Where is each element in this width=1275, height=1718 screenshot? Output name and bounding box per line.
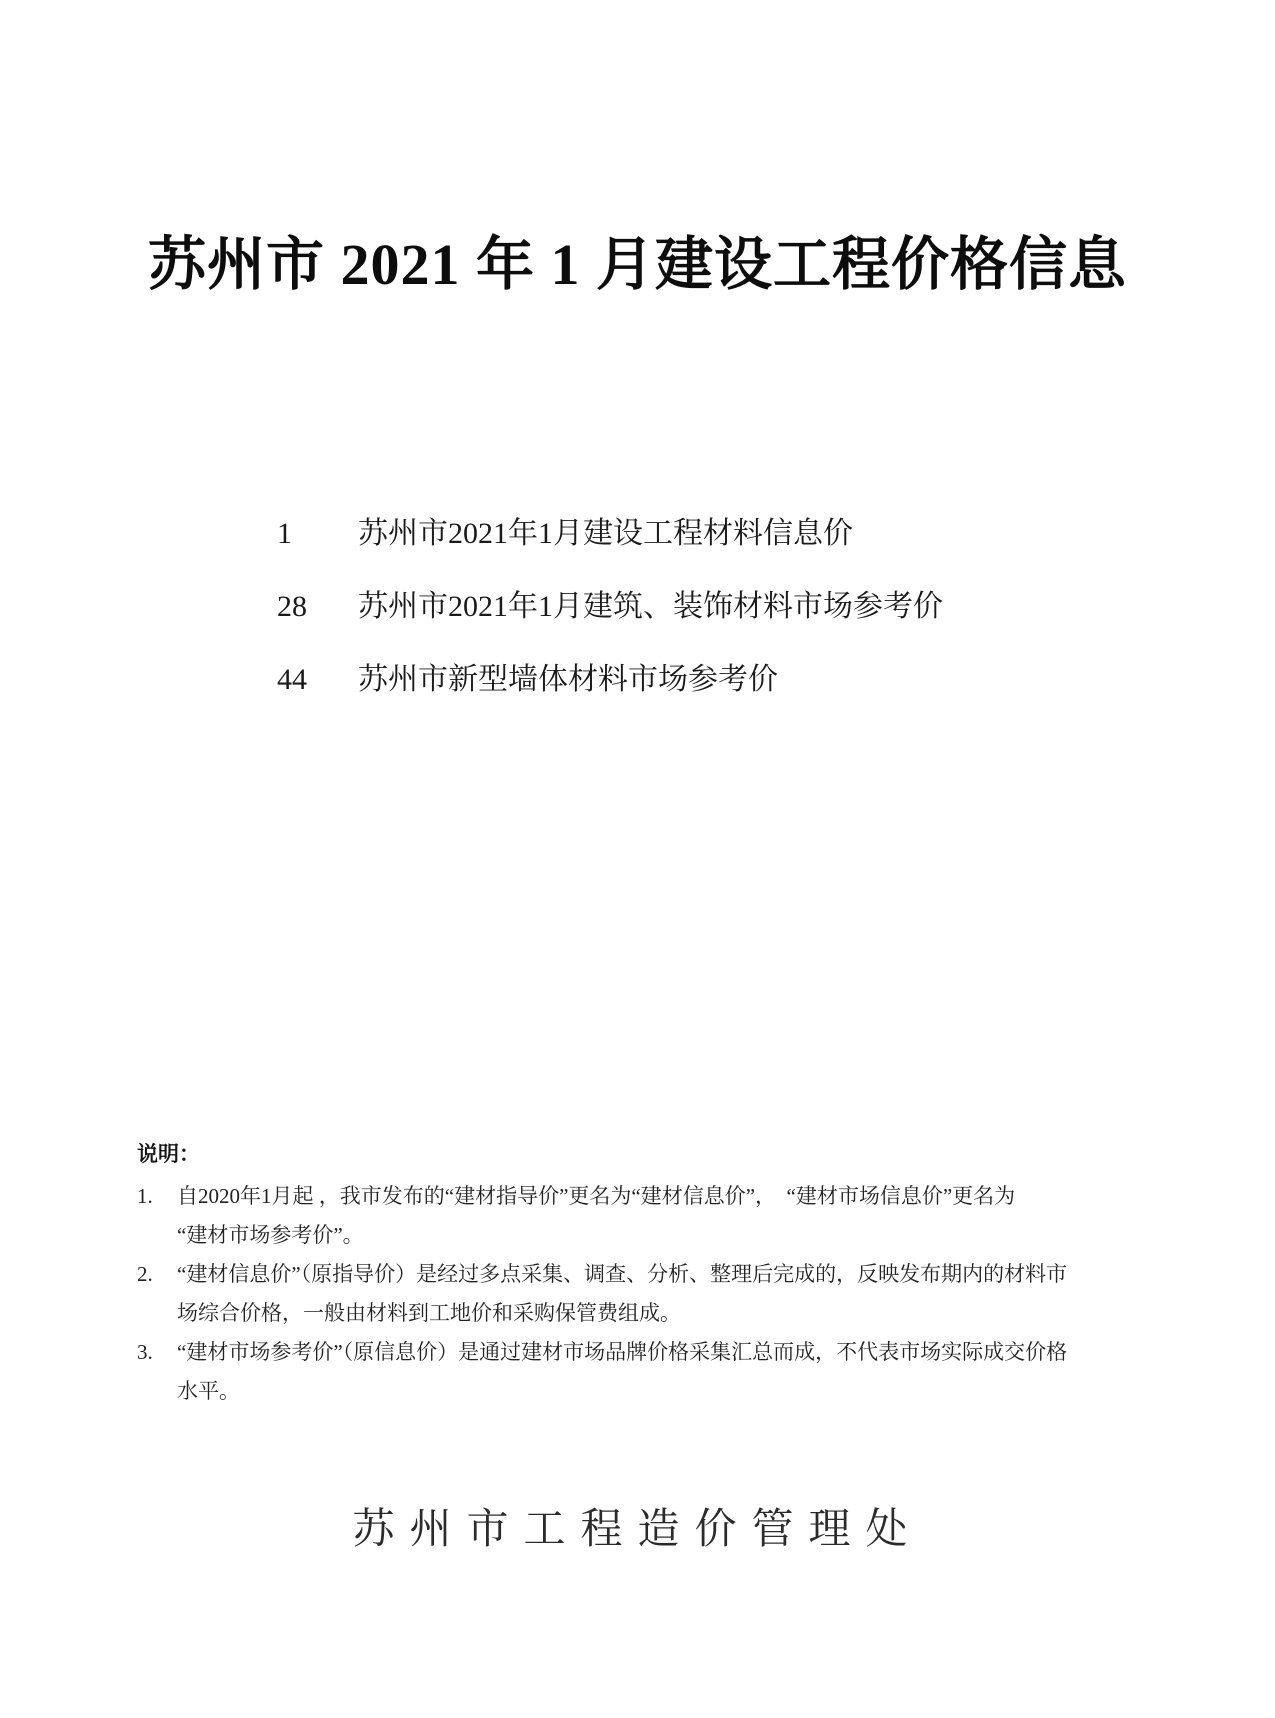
notes-section: 说明： 1. 自2020年1月起 ，我市发布的“建材指导价”更名为“建材信息价”… (137, 1143, 1172, 1411)
note-text-line: 水平。 (177, 1372, 1172, 1411)
note-item-number: 3. (137, 1333, 177, 1372)
note-item-body: “建材信息价”（原指导价）是经过多点采集、调查、分析、整理后完成的，反映发布期内… (177, 1255, 1172, 1333)
note-item-body: “建材市场参考价”（原信息价）是通过建材市场品牌价格采集汇总而成，不代表市场实际… (177, 1333, 1172, 1411)
note-item-body: 自2020年1月起 ，我市发布的“建材指导价”更名为“建材信息价”， “建材市场… (177, 1177, 1172, 1255)
note-text-line: “建材市场参考价”。 (177, 1216, 1172, 1255)
issuing-organization: 苏州市工程造价管理处 (0, 1505, 1275, 1555)
toc-entry: 44 苏州市新型墙体材料市场参考价 (277, 665, 943, 695)
note-item: 2. “建材信息价”（原指导价）是经过多点采集、调查、分析、整理后完成的，反映发… (137, 1255, 1172, 1333)
note-text-line: 场综合价格，一般由材料到工地价和采购保管费组成。 (177, 1294, 1172, 1333)
toc-entry: 28 苏州市2021年1月建筑、装饰材料市场参考价 (277, 592, 943, 622)
toc-entry-title: 苏州市2021年1月建设工程材料信息价 (358, 519, 853, 549)
note-item: 3. “建材市场参考价”（原信息价）是通过建材市场品牌价格采集汇总而成，不代表市… (137, 1333, 1172, 1411)
note-item-number: 2. (137, 1255, 177, 1294)
note-text-line: “建材信息价”（原指导价）是经过多点采集、调查、分析、整理后完成的，反映发布期内… (177, 1255, 1172, 1294)
toc-entry-title: 苏州市新型墙体材料市场参考价 (358, 665, 778, 695)
note-text-line: “建材市场参考价”（原信息价）是通过建材市场品牌价格采集汇总而成，不代表市场实际… (177, 1333, 1172, 1372)
toc-page-number: 28 (277, 592, 358, 622)
table-of-contents: 1 苏州市2021年1月建设工程材料信息价 28 苏州市2021年1月建筑、装饰… (277, 519, 943, 738)
note-text-line: 自2020年1月起 ，我市发布的“建材指导价”更名为“建材信息价”， “建材市场… (177, 1177, 1172, 1216)
toc-page-number: 44 (277, 665, 358, 695)
toc-entry: 1 苏州市2021年1月建设工程材料信息价 (277, 519, 943, 549)
page-title: 苏州市 2021 年 1 月建设工程价格信息 (0, 232, 1275, 299)
document-page: 苏州市 2021 年 1 月建设工程价格信息 1 苏州市2021年1月建设工程材… (0, 0, 1275, 1718)
toc-entry-title: 苏州市2021年1月建筑、装饰材料市场参考价 (358, 592, 943, 622)
note-item-number: 1. (137, 1177, 177, 1216)
toc-page-number: 1 (277, 519, 358, 549)
note-item: 1. 自2020年1月起 ，我市发布的“建材指导价”更名为“建材信息价”， “建… (137, 1177, 1172, 1255)
notes-heading: 说明： (137, 1143, 1172, 1167)
